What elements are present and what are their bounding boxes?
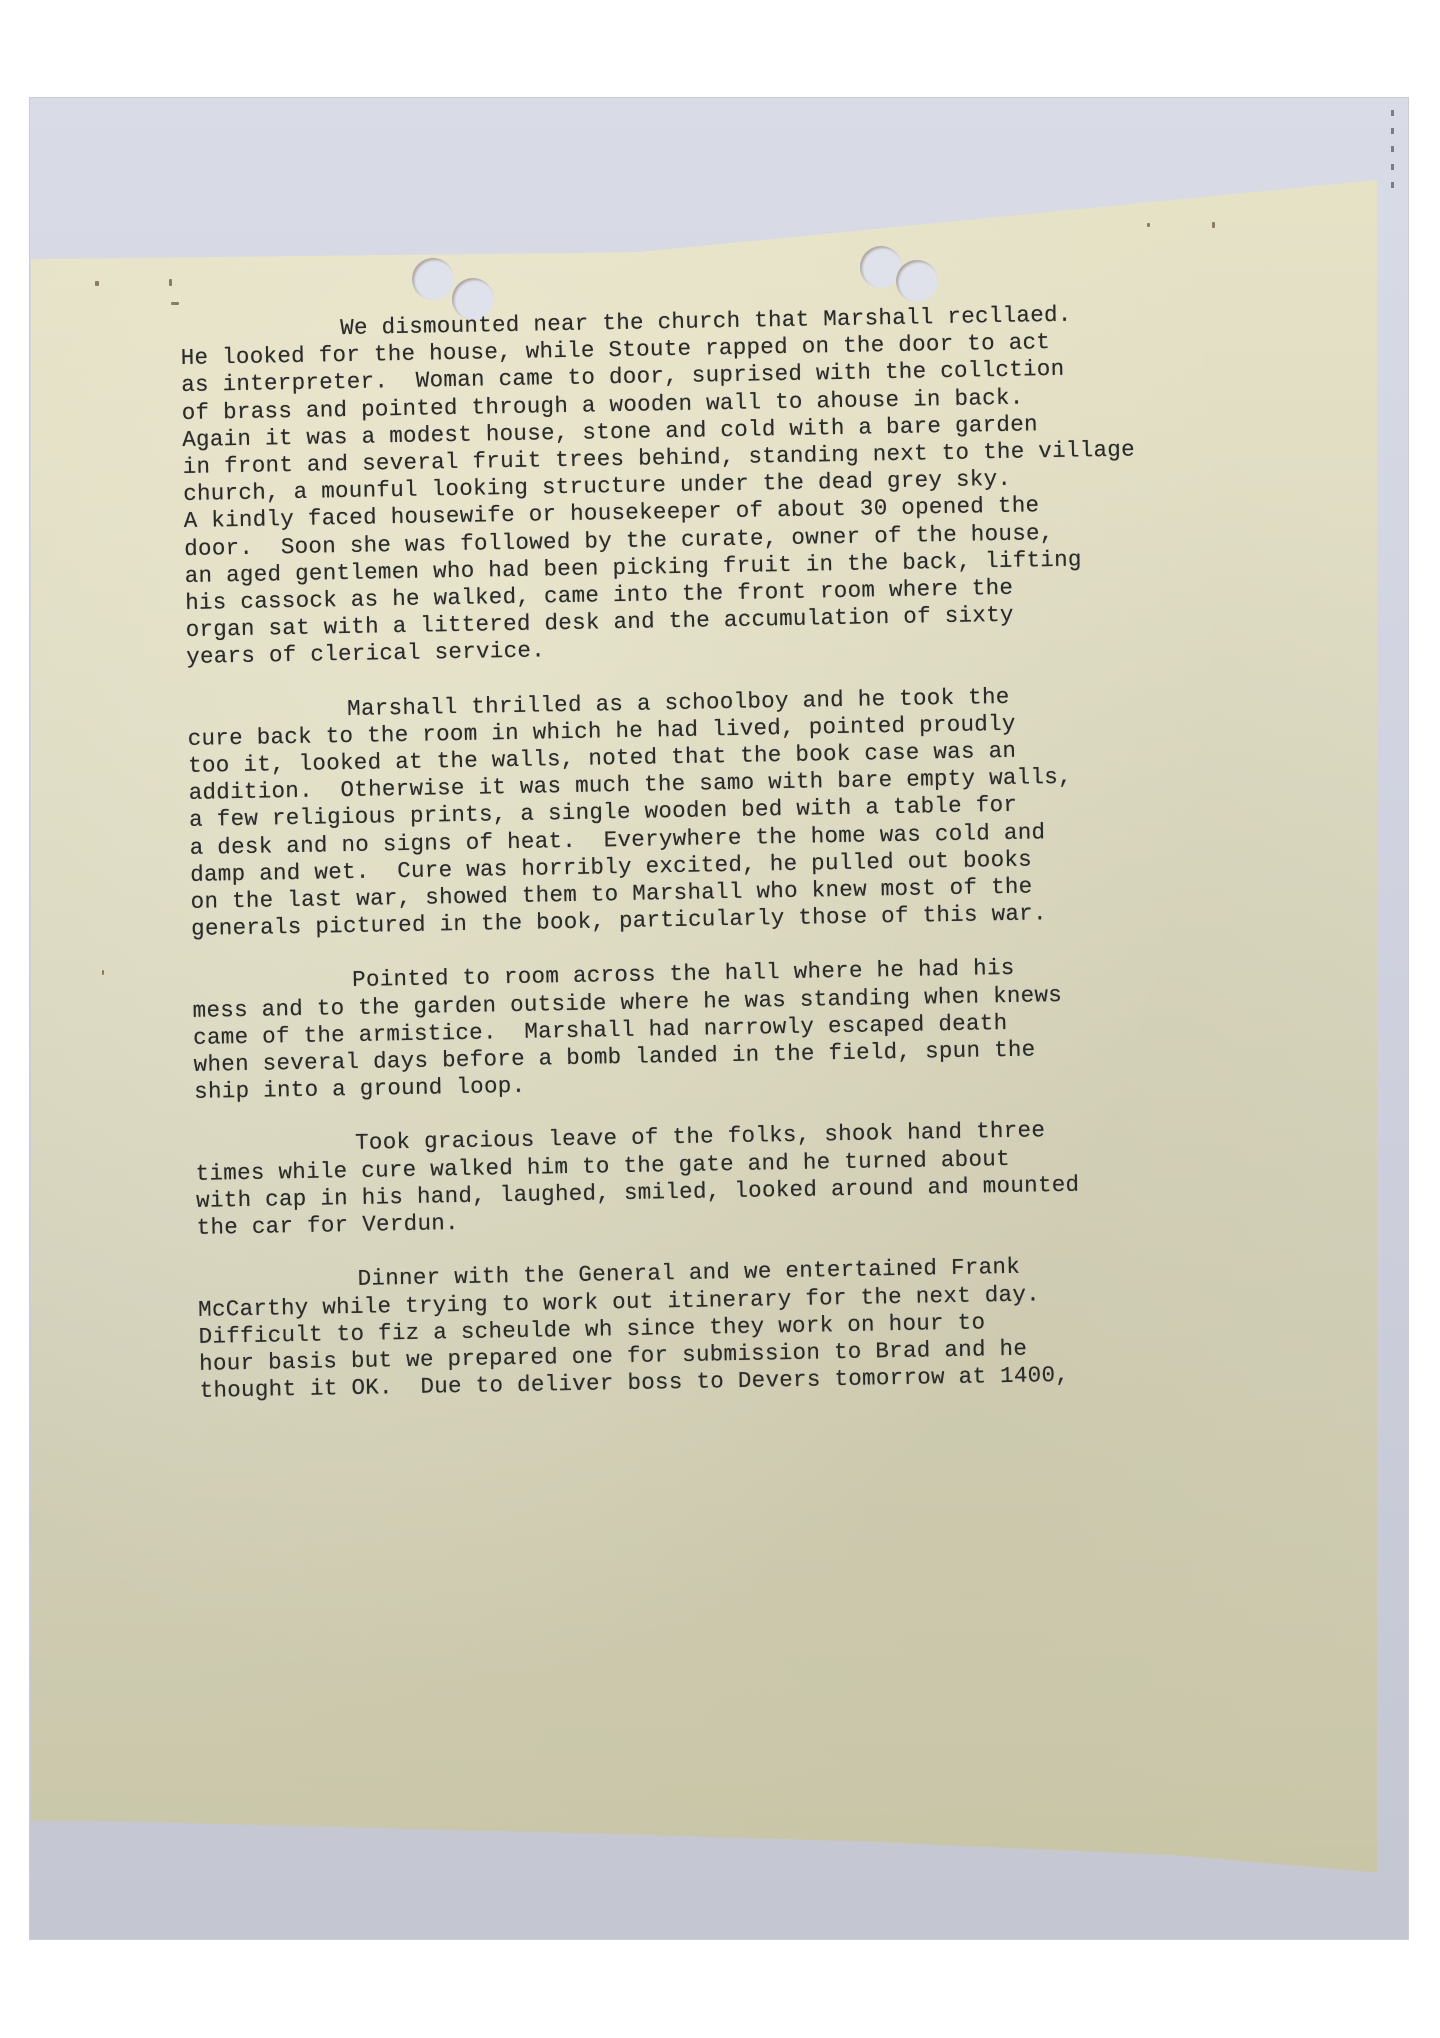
punch-hole — [896, 260, 938, 302]
paragraph: Marshall thrilled as a schoolboy and he … — [187, 678, 1341, 944]
paper-speck — [95, 281, 99, 286]
paragraph: Pointed to room across the hall where he… — [192, 949, 1344, 1106]
paragraph: Dinner with the General and we entertain… — [197, 1248, 1349, 1405]
punch-hole — [412, 258, 454, 300]
paper-speck — [171, 302, 179, 305]
paper-speck — [102, 970, 104, 975]
paragraph: We dismounted near the church that Marsh… — [180, 297, 1336, 672]
paragraph: Took gracious leave of the folks, shook … — [195, 1112, 1347, 1242]
typed-text: We dismounted near the church that Marsh… — [180, 297, 1350, 1432]
paper-speck — [1147, 223, 1150, 227]
paper-speck — [1212, 222, 1215, 228]
paper-speck — [169, 279, 172, 286]
backdrop-edge-marks — [1391, 110, 1394, 190]
